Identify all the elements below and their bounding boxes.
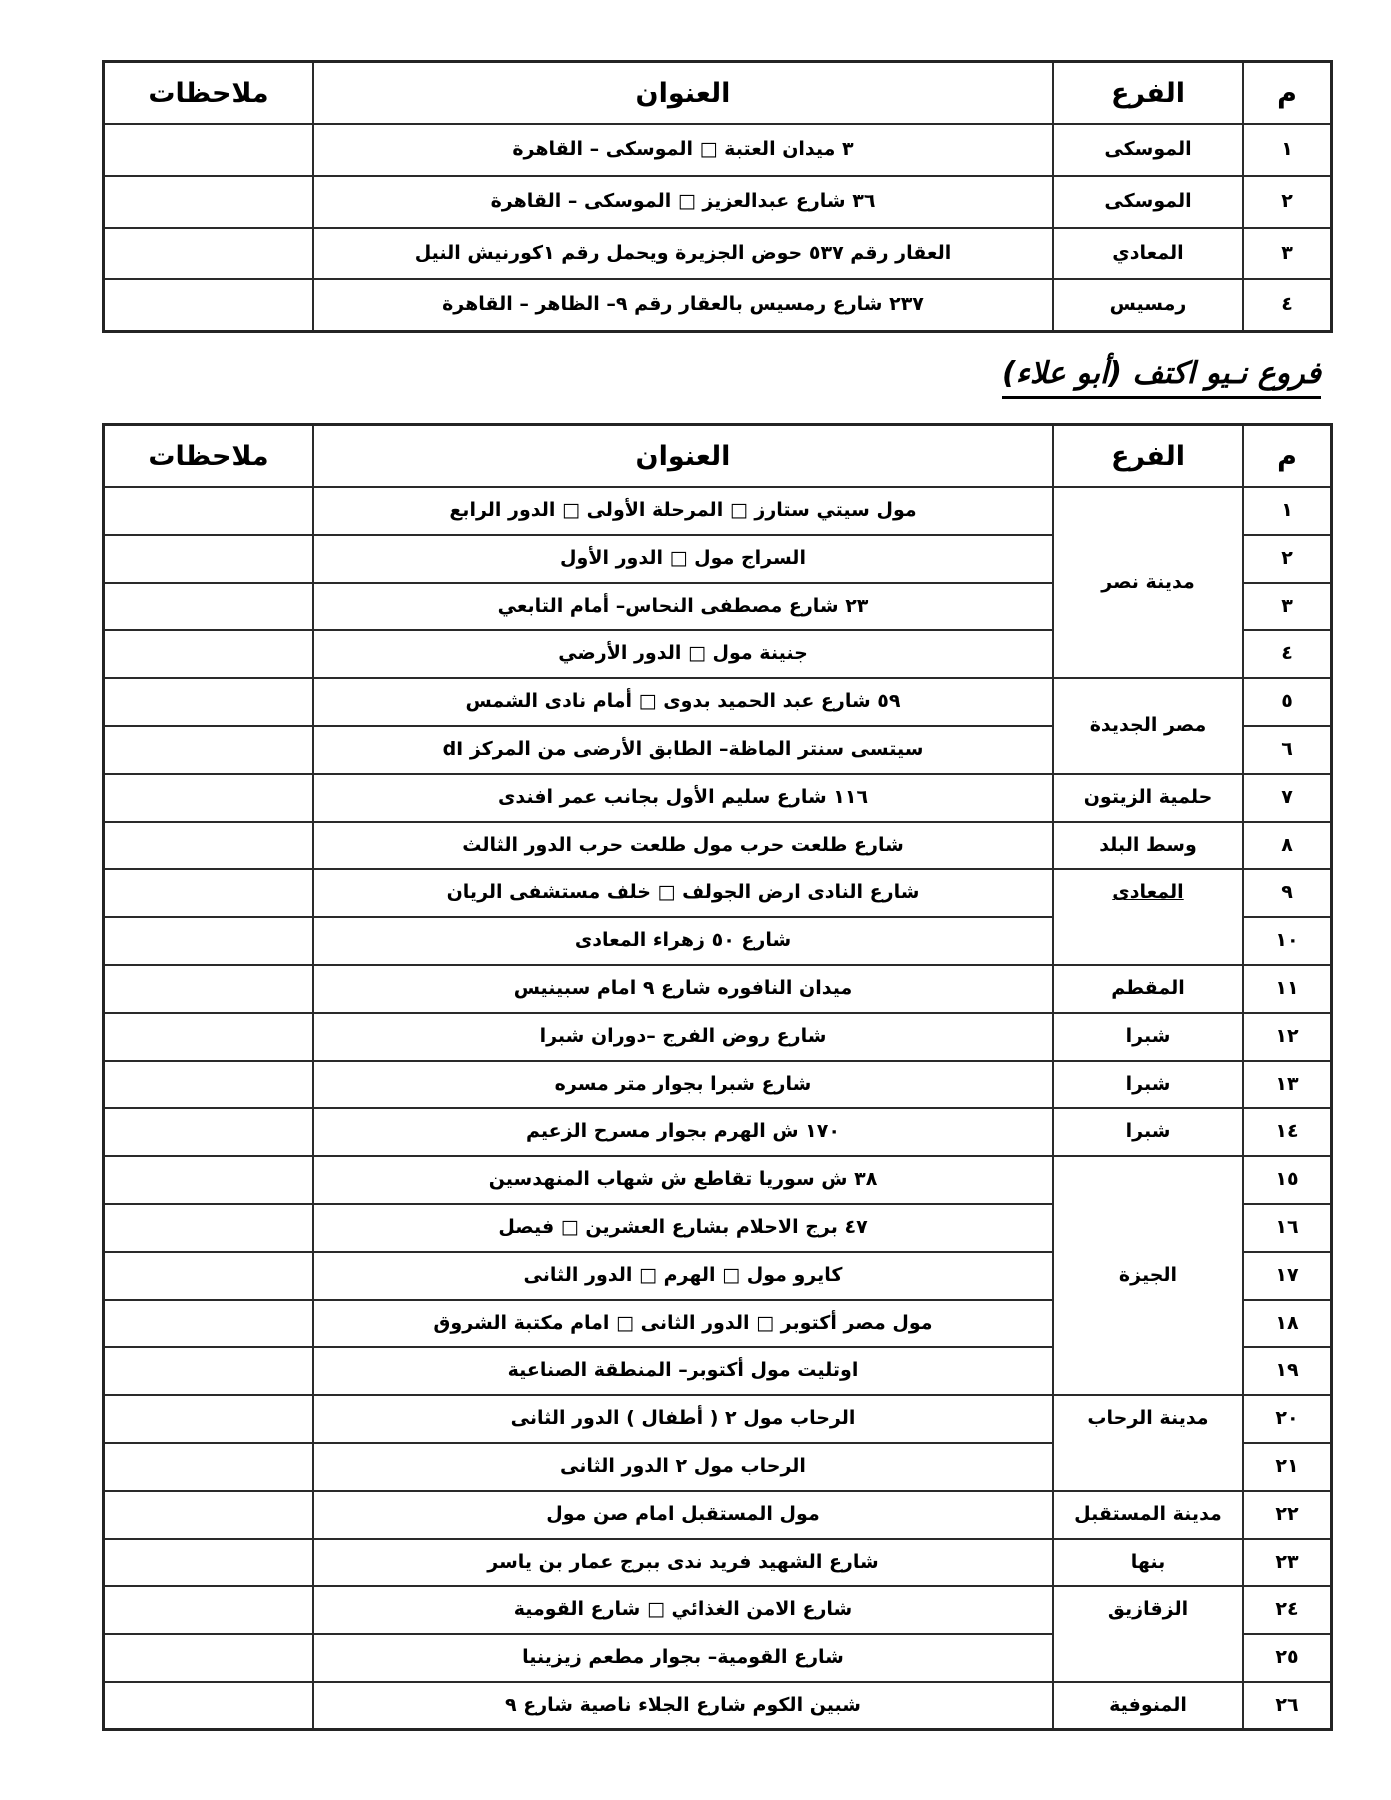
table-row: ٥مصر الجديدة٥٩ شارع عبد الحميد بدوى □ أم…	[104, 678, 1332, 726]
notes-cell	[104, 1634, 314, 1682]
notes-cell	[104, 965, 314, 1013]
table-row: ٢٠مدينة الرحابالرحاب مول ٢ ( أطفال ) الد…	[104, 1395, 1332, 1443]
row-number-cell: ١	[1243, 124, 1332, 176]
address-cell: سيتسى سنتر الماظة– الطابق الأرضى من المر…	[313, 726, 1053, 774]
notes-cell	[104, 583, 314, 631]
address-cell: شارع القومية– بجوار مطعم زيزينيا	[313, 1634, 1053, 1682]
address-cell: السراج مول □ الدور الأول	[313, 535, 1053, 583]
notes-cell	[104, 1013, 314, 1061]
table-row: ١٤شبرا١٧٠ ش الهرم بجوار مسرح الزعيم	[104, 1108, 1332, 1156]
address-cell: اوتليت مول أكتوبر– المنطقة الصناعية	[313, 1347, 1053, 1395]
row-number-cell: ١٧	[1243, 1252, 1332, 1300]
table-row: ٢٤الزقازيقشارع الامن الغذائي □ شارع القو…	[104, 1586, 1332, 1634]
branch-cell: المعادي	[1053, 228, 1243, 280]
row-number-cell: ١٩	[1243, 1347, 1332, 1395]
notes-cell	[104, 822, 314, 870]
branch-cell: المعادى	[1053, 869, 1243, 965]
row-number-cell: ٦	[1243, 726, 1332, 774]
address-cell: ٣ ميدان العتبة □ الموسكى – القاهرة	[313, 124, 1053, 176]
document-page: مالفرعالعنوانملاحظات١الموسكى٣ ميدان العت…	[0, 0, 1391, 1800]
notes-cell	[104, 726, 314, 774]
notes-cell	[104, 228, 314, 280]
notes-cell	[104, 1395, 314, 1443]
address-cell: مول مصر أكتوبر □ الدور الثانى □ امام مكت…	[313, 1300, 1053, 1348]
row-number-cell: ٢٤	[1243, 1586, 1332, 1634]
address-cell: شارع طلعت حرب مول طلعت حرب الدور الثالث	[313, 822, 1053, 870]
notes-cell	[104, 1347, 314, 1395]
table-row: ٤رمسيس٢٣٧ شارع رمسيس بالعقار رقم ٩– الظا…	[104, 279, 1332, 331]
notes-cell	[104, 630, 314, 678]
address-cell: ١٧٠ ش الهرم بجوار مسرح الزعيم	[313, 1108, 1053, 1156]
row-number-cell: ٢٦	[1243, 1682, 1332, 1730]
branch-cell: شبرا	[1053, 1108, 1243, 1156]
row-number-cell: ٢٣	[1243, 1539, 1332, 1587]
row-number-cell: ١٦	[1243, 1204, 1332, 1252]
branch-column-header: الفرع	[1053, 425, 1243, 488]
notes-cell	[104, 1443, 314, 1491]
notes-cell	[104, 1252, 314, 1300]
address-cell: ميدان النافوره شارع ٩ امام سبينيس	[313, 965, 1053, 1013]
table-row: ١٥الجيزة٣٨ ش سوريا تقاطع ش شهاب المنهدسي…	[104, 1156, 1332, 1204]
notes-cell	[104, 176, 314, 228]
address-column-header: العنوان	[313, 425, 1053, 488]
serial-column-header: م	[1243, 62, 1332, 125]
branch-cell: الزقازيق	[1053, 1586, 1243, 1682]
notes-cell	[104, 869, 314, 917]
address-cell: شارع الامن الغذائي □ شارع القومية	[313, 1586, 1053, 1634]
row-number-cell: ٧	[1243, 774, 1332, 822]
table-row: ٢٢مدينة المستقبلمول المستقبل امام صن مول	[104, 1491, 1332, 1539]
row-number-cell: ١٠	[1243, 917, 1332, 965]
row-number-cell: ٣	[1243, 228, 1332, 280]
row-number-cell: ٨	[1243, 822, 1332, 870]
address-cell: ٣٦ شارع عبدالعزيز □ الموسكى – القاهرة	[313, 176, 1053, 228]
branch-cell: مدينة نصر	[1053, 487, 1243, 678]
table-row: ٨وسط البلدشارع طلعت حرب مول طلعت حرب الد…	[104, 822, 1332, 870]
notes-cell	[104, 279, 314, 331]
row-number-cell: ١٢	[1243, 1013, 1332, 1061]
address-cell: ٣٨ ش سوريا تقاطع ش شهاب المنهدسين	[313, 1156, 1053, 1204]
notes-cell	[104, 774, 314, 822]
address-cell: مول سيتي ستارز □ المرحلة الأولى □ الدور …	[313, 487, 1053, 535]
notes-cell	[104, 124, 314, 176]
address-cell: جنينة مول □ الدور الأرضي	[313, 630, 1053, 678]
address-cell: شارع النادى ارض الجولف □ خلف مستشفى الري…	[313, 869, 1053, 917]
branch-cell: المقطم	[1053, 965, 1243, 1013]
notes-cell	[104, 1682, 314, 1730]
address-cell: شارع الشهيد فريد ندى ببرج عمار بن ياسر	[313, 1539, 1053, 1587]
notes-cell	[104, 1586, 314, 1634]
row-number-cell: ١١	[1243, 965, 1332, 1013]
branch-cell: شبرا	[1053, 1061, 1243, 1109]
address-cell: الرحاب مول ٢ ( أطفال ) الدور الثانى	[313, 1395, 1053, 1443]
row-number-cell: ١٥	[1243, 1156, 1332, 1204]
branch-cell: مصر الجديدة	[1053, 678, 1243, 774]
branches-table-new-aktf: مالفرعالعنوانملاحظات١مدينة نصرمول سيتي س…	[102, 423, 1333, 1731]
notes-cell	[104, 1539, 314, 1587]
notes-cell	[104, 1108, 314, 1156]
row-number-cell: ٣	[1243, 583, 1332, 631]
notes-cell	[104, 1300, 314, 1348]
table-row: ٢٣بنهاشارع الشهيد فريد ندى ببرج عمار بن …	[104, 1539, 1332, 1587]
table-row: ٢الموسكى٣٦ شارع عبدالعزيز □ الموسكى – ال…	[104, 176, 1332, 228]
branch-cell: مدينة الرحاب	[1053, 1395, 1243, 1491]
address-cell: ١١٦ شارع سليم الأول بجانب عمر افندى	[313, 774, 1053, 822]
branch-cell: شبرا	[1053, 1013, 1243, 1061]
serial-column-header: م	[1243, 425, 1332, 488]
row-number-cell: ٢١	[1243, 1443, 1332, 1491]
table-row: ٣المعاديالعقار رقم ٥٣٧ حوض الجزيرة ويحمل…	[104, 228, 1332, 280]
header-row: مالفرعالعنوانملاحظات	[104, 62, 1332, 125]
address-column-header: العنوان	[313, 62, 1053, 125]
branch-cell: بنها	[1053, 1539, 1243, 1587]
branch-cell: الجيزة	[1053, 1156, 1243, 1395]
notes-cell	[104, 1204, 314, 1252]
notes-cell	[104, 678, 314, 726]
notes-cell	[104, 917, 314, 965]
notes-cell	[104, 487, 314, 535]
row-number-cell: ١٣	[1243, 1061, 1332, 1109]
table-row: ١٢شبراشارع روض الفرج –دوران شبرا	[104, 1013, 1332, 1061]
branch-cell: الموسكى	[1053, 124, 1243, 176]
notes-cell	[104, 1061, 314, 1109]
address-cell: شارع روض الفرج –دوران شبرا	[313, 1013, 1053, 1061]
row-number-cell: ٢	[1243, 535, 1332, 583]
address-cell: كايرو مول □ الهرم □ الدور الثانى	[313, 1252, 1053, 1300]
branch-cell: الموسكى	[1053, 176, 1243, 228]
table-row: ١١المقطمميدان النافوره شارع ٩ امام سبيني…	[104, 965, 1332, 1013]
address-cell: شارع ٥٠ زهراء المعادى	[313, 917, 1053, 965]
row-number-cell: ٢٢	[1243, 1491, 1332, 1539]
address-cell: شبين الكوم شارع الجلاء ناصية شارع ٩	[313, 1682, 1053, 1730]
row-number-cell: ٥	[1243, 678, 1332, 726]
header-row: مالفرعالعنوانملاحظات	[104, 425, 1332, 488]
notes-cell	[104, 1156, 314, 1204]
branch-cell: حلمية الزيتون	[1053, 774, 1243, 822]
row-number-cell: ١٨	[1243, 1300, 1332, 1348]
table-row: ٩المعادىشارع النادى ارض الجولف □ خلف مست…	[104, 869, 1332, 917]
notes-column-header: ملاحظات	[104, 62, 314, 125]
section-title: فروع نـيو اكتف (أبو علاء)	[1002, 356, 1321, 399]
branch-column-header: الفرع	[1053, 62, 1243, 125]
row-number-cell: ٢	[1243, 176, 1332, 228]
notes-column-header: ملاحظات	[104, 425, 314, 488]
address-cell: شارع شبرا بجوار متر مسره	[313, 1061, 1053, 1109]
branches-table-main: مالفرعالعنوانملاحظات١الموسكى٣ ميدان العت…	[102, 60, 1333, 333]
row-number-cell: ٢٠	[1243, 1395, 1332, 1443]
branch-cell: وسط البلد	[1053, 822, 1243, 870]
table-row: ١٣شبراشارع شبرا بجوار متر مسره	[104, 1061, 1332, 1109]
address-cell: العقار رقم ٥٣٧ حوض الجزيرة ويحمل رقم ١كو…	[313, 228, 1053, 280]
address-cell: ٥٩ شارع عبد الحميد بدوى □ أمام نادى الشم…	[313, 678, 1053, 726]
notes-cell	[104, 1491, 314, 1539]
row-number-cell: ٢٥	[1243, 1634, 1332, 1682]
table-row: ١مدينة نصرمول سيتي ستارز □ المرحلة الأول…	[104, 487, 1332, 535]
row-number-cell: ٤	[1243, 630, 1332, 678]
address-cell: مول المستقبل امام صن مول	[313, 1491, 1053, 1539]
address-cell: ٢٣ شارع مصطفى النحاس– أمام التابعي	[313, 583, 1053, 631]
branch-cell: المنوفية	[1053, 1682, 1243, 1730]
notes-cell	[104, 535, 314, 583]
row-number-cell: ١	[1243, 487, 1332, 535]
branch-cell: مدينة المستقبل	[1053, 1491, 1243, 1539]
branch-cell: رمسيس	[1053, 279, 1243, 331]
table-row: ٢٦المنوفيةشبين الكوم شارع الجلاء ناصية ش…	[104, 1682, 1332, 1730]
address-cell: ٤٧ برج الاحلام بشارع العشرين □ فيصل	[313, 1204, 1053, 1252]
table-row: ٧حلمية الزيتون١١٦ شارع سليم الأول بجانب …	[104, 774, 1332, 822]
row-number-cell: ٩	[1243, 869, 1332, 917]
table-row: ١الموسكى٣ ميدان العتبة □ الموسكى – القاه…	[104, 124, 1332, 176]
address-cell: ٢٣٧ شارع رمسيس بالعقار رقم ٩– الظاهر – ا…	[313, 279, 1053, 331]
address-cell: الرحاب مول ٢ الدور الثانى	[313, 1443, 1053, 1491]
row-number-cell: ٤	[1243, 279, 1332, 331]
row-number-cell: ١٤	[1243, 1108, 1332, 1156]
